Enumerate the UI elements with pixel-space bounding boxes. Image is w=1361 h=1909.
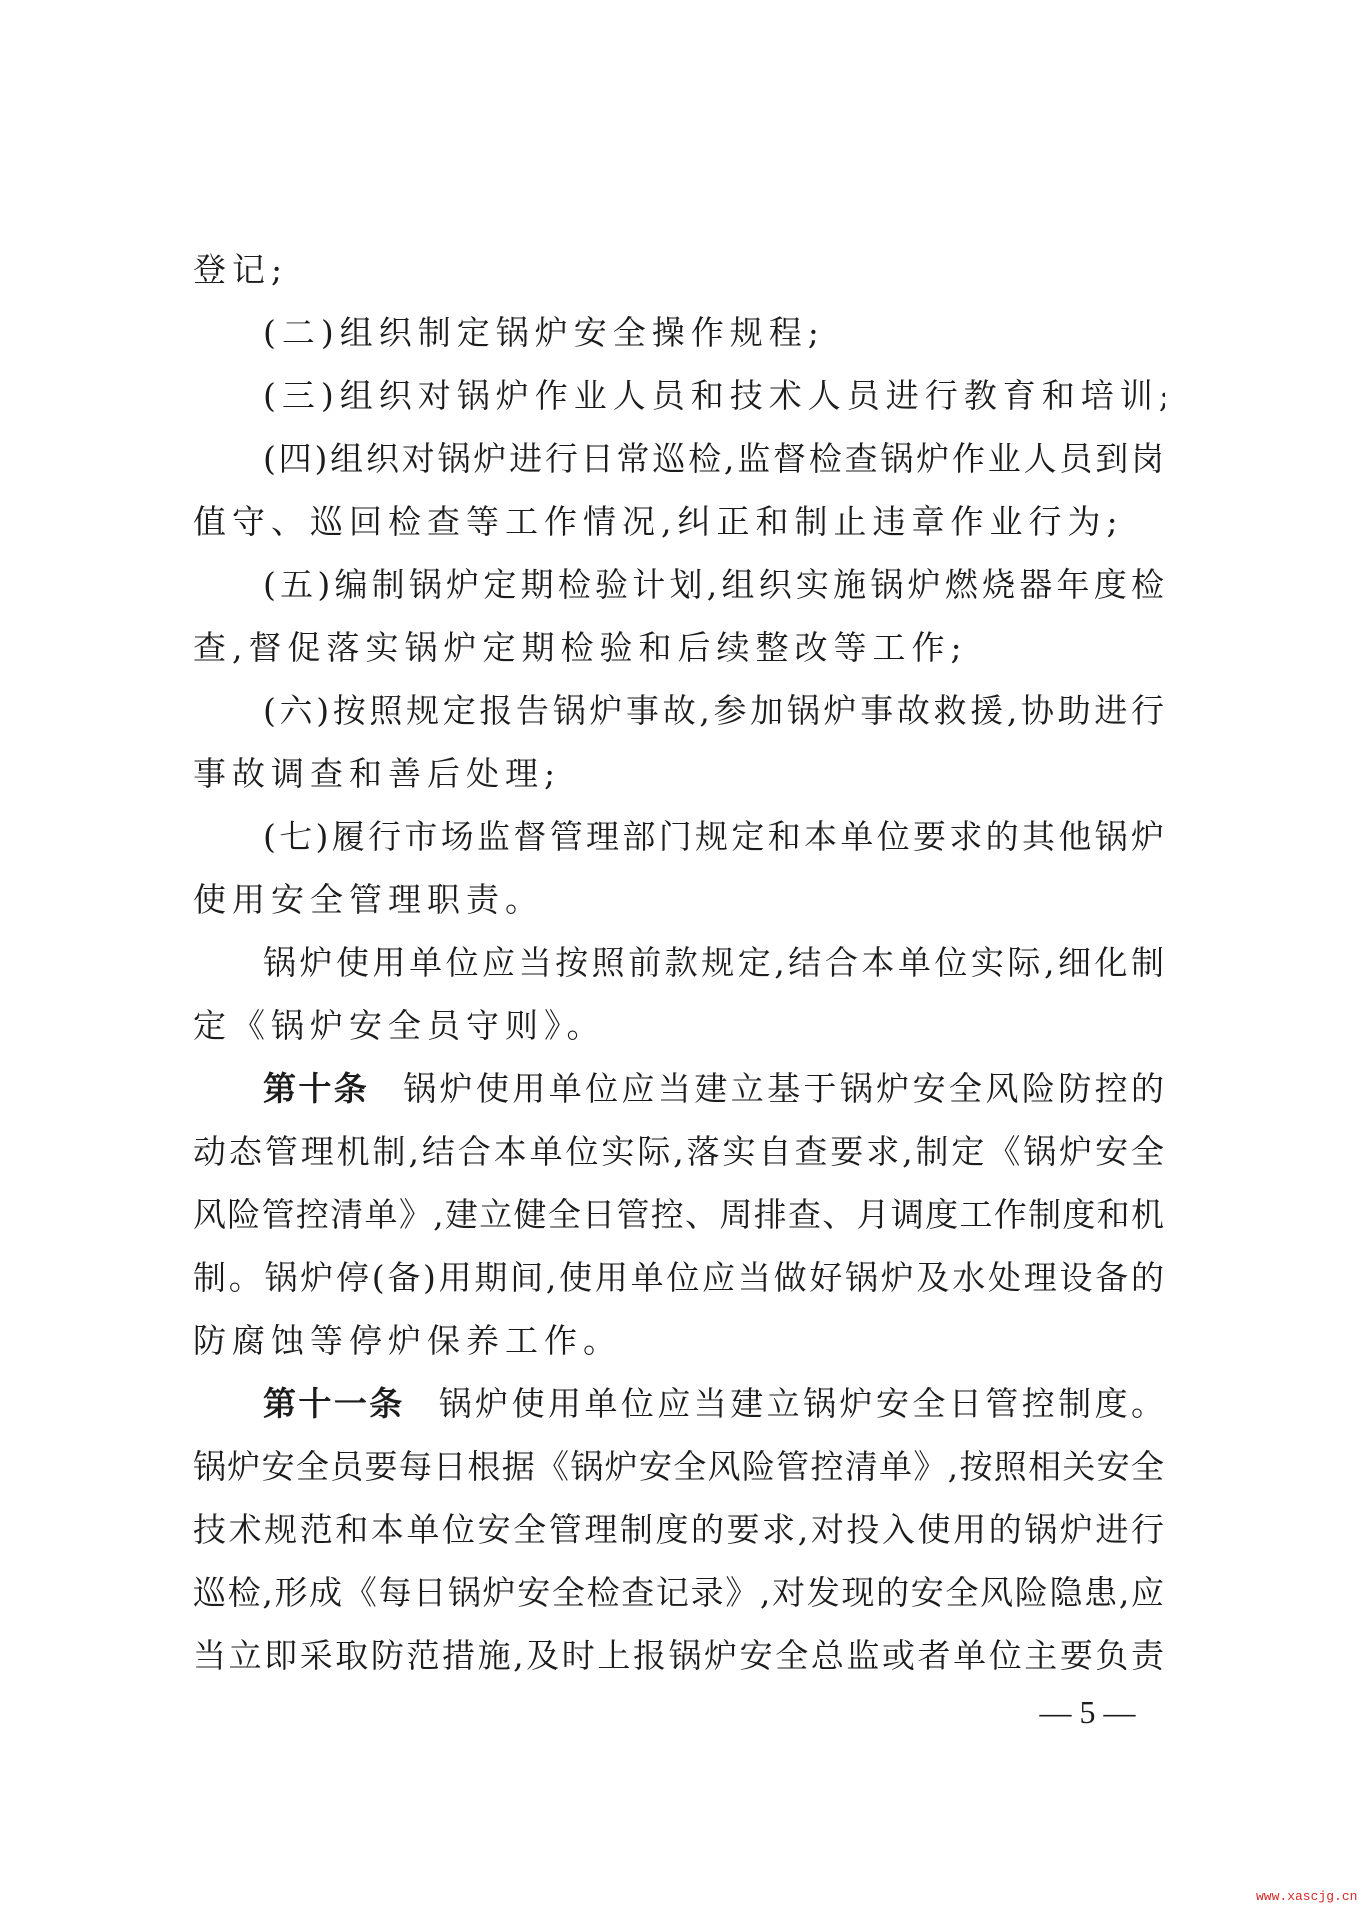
- page-number: — 5 —: [1030, 1692, 1145, 1732]
- text-line: 巡检,形成《每日锅炉安全检查记录》,对发现的安全风险隐患,应: [193, 1561, 1165, 1624]
- paragraph-start: 锅炉使用单位应当按照前款规定,结合本单位实际,细化制: [193, 931, 1165, 994]
- text-line: 防腐蚀等停炉保养工作。: [193, 1309, 1165, 1372]
- list-item-6: (六)按照规定报告锅炉事故,参加锅炉事故救援,协助进行: [193, 679, 1165, 742]
- article-title: 第十一条: [263, 1384, 405, 1423]
- list-item-2: (二)组织制定锅炉安全操作规程;: [193, 301, 1165, 364]
- text-line: 值守、巡回检查等工作情况,纠正和制止违章作业行为;: [193, 490, 1165, 553]
- text-line: 动态管理机制,结合本单位实际,落实自查要求,制定《锅炉安全: [193, 1120, 1165, 1183]
- text-line: 技术规范和本单位安全管理制度的要求,对投入使用的锅炉进行: [193, 1498, 1165, 1561]
- article-text: 锅炉使用单位应当建立基于锅炉安全风险防控的: [403, 1069, 1165, 1108]
- text-line: 风险管控清单》,建立健全日管控、周排查、月调度工作制度和机: [193, 1183, 1165, 1246]
- text-line: 登记;: [193, 238, 1165, 301]
- text-line: 当立即采取防范措施,及时上报锅炉安全总监或者单位主要负责: [193, 1624, 1165, 1687]
- text-line: 定《锅炉安全员守则》。: [193, 994, 1165, 1057]
- list-item-7: (七)履行市场监督管理部门规定和本单位要求的其他锅炉: [193, 805, 1165, 868]
- text-line: 事故调查和善后处理;: [193, 742, 1165, 805]
- article-11: 第十一条锅炉使用单位应当建立锅炉安全日管控制度。: [193, 1372, 1165, 1435]
- body-text: 登记; (二)组织制定锅炉安全操作规程; (三)组织对锅炉作业人员和技术人员进行…: [193, 238, 1165, 1687]
- text-line: 查,督促落实锅炉定期检验和后续整改等工作;: [193, 616, 1165, 679]
- text-line: 制。锅炉停(备)用期间,使用单位应当做好锅炉及水处理设备的: [193, 1246, 1165, 1309]
- watermark-link: www.xascjg.cn: [1256, 1889, 1357, 1905]
- text-line: 使用安全管理职责。: [193, 868, 1165, 931]
- article-title: 第十条: [263, 1069, 369, 1108]
- list-item-5: (五)编制锅炉定期检验计划,组织实施锅炉燃烧器年度检: [193, 553, 1165, 616]
- article-text: 锅炉使用单位应当建立锅炉安全日管控制度。: [439, 1384, 1165, 1423]
- list-item-3: (三)组织对锅炉作业人员和技术人员进行教育和培训;: [193, 364, 1165, 427]
- list-item-4: (四)组织对锅炉进行日常巡检,监督检查锅炉作业人员到岗: [193, 427, 1165, 490]
- text-line: 锅炉安全员要每日根据《锅炉安全风险管控清单》,按照相关安全: [193, 1435, 1165, 1498]
- document-page: 登记; (二)组织制定锅炉安全操作规程; (三)组织对锅炉作业人员和技术人员进行…: [0, 0, 1361, 1909]
- article-10: 第十条锅炉使用单位应当建立基于锅炉安全风险防控的: [193, 1057, 1165, 1120]
